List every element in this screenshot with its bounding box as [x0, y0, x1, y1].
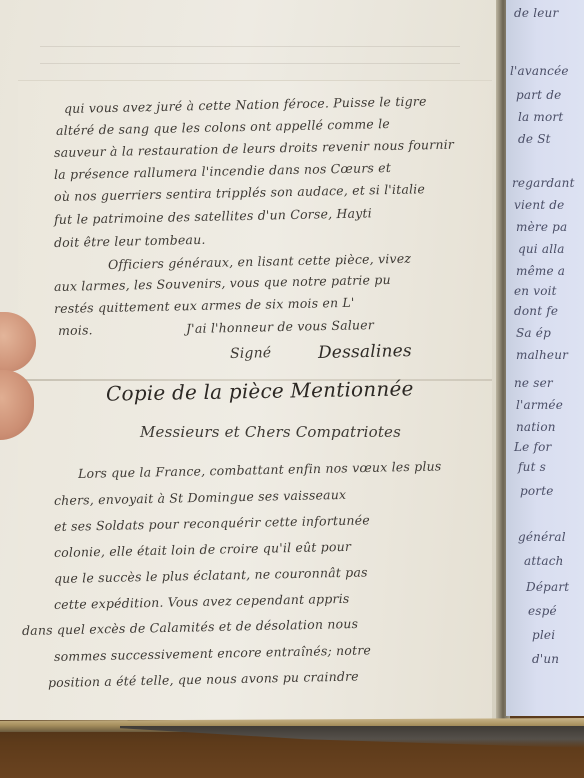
right-line: l'avancée [510, 64, 569, 78]
right-line: porte [520, 484, 554, 498]
body-line: la présence rallumera l'incendie dans no… [54, 160, 391, 182]
right-line: même a [516, 264, 565, 278]
body-line: mois. [58, 322, 93, 338]
body-line: où nos guerriers sentira tripplés son au… [54, 181, 425, 204]
body-line: aux larmes, les Souvenirs, vous que notr… [54, 272, 391, 294]
body-line: sauveur à la restauration de leurs droit… [54, 137, 454, 160]
right-line: part de [516, 88, 561, 102]
right-line: en voit [514, 284, 557, 298]
right-line: mère pa [516, 220, 567, 234]
right-line: général [518, 530, 566, 544]
right-line: plei [532, 628, 555, 642]
right-line: qui alla [518, 242, 565, 256]
letter-line: position a été telle, que nous avons pu … [48, 668, 359, 690]
letter-line: et ses Soldats pour reconquérir cette in… [54, 512, 370, 534]
letter-salutation: Messieurs et Chers Compatriotes [140, 423, 401, 441]
copy-heading: Copie de la pièce Mentionnée [106, 376, 414, 405]
right-line: de St [518, 132, 551, 146]
body-line: altéré de sang que les colons ont appell… [56, 116, 390, 138]
signature: Dessalines [318, 341, 412, 363]
right-line: fut s [518, 460, 546, 474]
letter-line: chers, envoyait à St Domingue ses vaisse… [54, 487, 347, 508]
right-line: ne ser [514, 376, 553, 390]
closing-formula: J'ai l'honneur de vous Saluer [186, 317, 374, 336]
left-page: qui vous avez juré à cette Nation féroce… [0, 0, 502, 724]
letter-line: Lors que la France, combattant enfin nos… [78, 458, 442, 481]
right-line: l'armée [516, 398, 563, 412]
body-line: doit être leur tombeau. [54, 232, 206, 250]
right-line: Sa ép [516, 326, 551, 340]
right-line: regardant [512, 176, 575, 190]
right-line: de leur [514, 6, 558, 20]
letter-line: dans quel excès de Calamités et de désol… [22, 616, 358, 638]
right-line: d'un [532, 652, 559, 666]
body-line: restés quittement eux armes de six mois … [54, 295, 355, 316]
right-line: Le for [514, 440, 552, 454]
right-line: Départ [526, 580, 569, 594]
inner-letter-sheet: qui vous avez juré à cette Nation féroce… [18, 80, 492, 721]
letter-line: sommes successivement encore entraînés; … [54, 642, 371, 664]
body-line: qui vous avez juré à cette Nation féroce… [64, 93, 427, 116]
body-line: fut le patrimoine des satellites d'un Co… [54, 205, 372, 227]
letter-line: colonie, elle était loin de croire qu'il… [54, 539, 351, 560]
right-line: malheur [516, 348, 568, 362]
right-line: la mort [518, 110, 563, 124]
right-line: vient de [514, 198, 564, 212]
right-line: nation [516, 420, 556, 434]
signature-label: Signé [230, 345, 272, 362]
right-line: attach [524, 554, 564, 568]
right-line: dont fe [514, 304, 558, 318]
body-line: Officiers généraux, en lisant cette pièc… [108, 251, 411, 272]
right-line: espé [528, 604, 557, 618]
letter-line: cette expédition. Vous avez cependant ap… [54, 591, 350, 612]
letter-line: que le succès le plus éclatant, ne couro… [54, 564, 368, 586]
right-page: de leur l'avancée part de la mort de St … [506, 0, 584, 716]
